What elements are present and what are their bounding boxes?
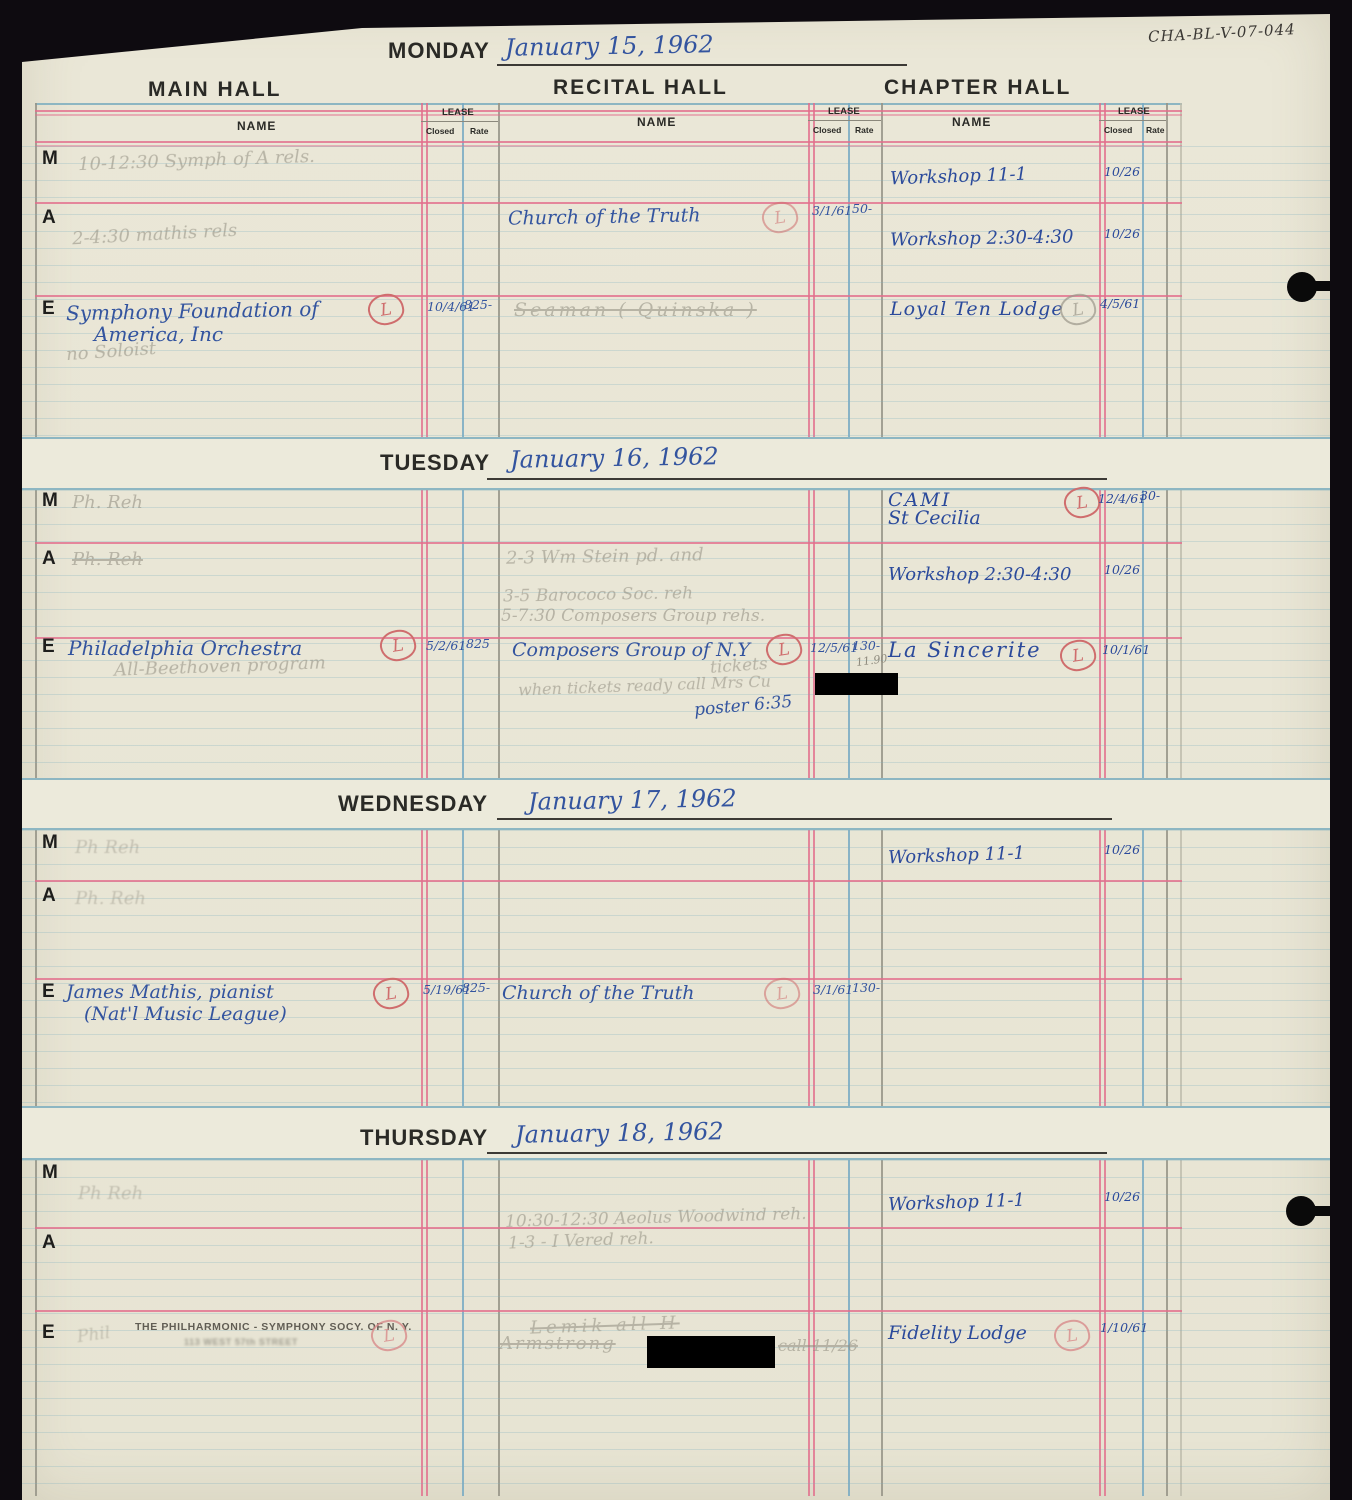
row-label-e: E <box>42 1322 55 1344</box>
col-rate-chapter: Rate <box>1146 125 1164 135</box>
ledger-paper: CHA-BL-V-07-044 MONDAY January 15, 1962 … <box>22 0 1330 1500</box>
philharmonic-stamp-line2: 113 WEST 57th STREET <box>184 1337 298 1347</box>
date-underline <box>487 1152 1107 1154</box>
day-date-monday: January 15, 1962 <box>505 30 714 62</box>
monday-rows <box>22 146 1330 437</box>
entry-tue-chapter-e: La Sincerite <box>888 638 1042 662</box>
row-label-m: M <box>42 490 58 512</box>
tue-chapter-m-closed: 12/4/61 <box>1098 491 1146 506</box>
row-label-m: M <box>42 1162 58 1184</box>
entry-wed-recital-e: Church of the Truth <box>502 982 695 1004</box>
hall-title-chapter: CHAPTER HALL <box>884 76 1071 100</box>
hole-punch <box>1286 1196 1316 1226</box>
entry-wed-main-e: James Mathis, pianist <box>66 981 274 1003</box>
wed-main-e-rate: 825- <box>462 980 490 995</box>
page-id: CHA-BL-V-07-044 <box>1148 20 1296 46</box>
row-divider <box>35 202 1182 204</box>
row-divider <box>35 1310 1182 1312</box>
row-divider <box>35 295 1182 297</box>
day-label-tuesday: TUESDAY <box>380 450 490 476</box>
entry-thu-chapter-e: Fidelity Lodge <box>888 1322 1027 1344</box>
entry-tue-chapter-m2: St Cecilia <box>888 507 981 529</box>
redaction-box <box>815 673 898 695</box>
row-label-e: E <box>42 298 55 320</box>
day-date-wednesday: January 17, 1962 <box>528 784 737 816</box>
entry-wed-main-a: Ph. Reh <box>75 888 146 909</box>
entry-tue-main-m: Ph. Reh <box>72 492 143 513</box>
lease-box-divider <box>808 120 881 121</box>
entry-mon-main-e: Symphony Foundation of <box>66 297 319 325</box>
row-divider <box>35 542 1182 544</box>
col-name-chapter: NAME <box>952 115 991 129</box>
row-label-e: E <box>42 981 55 1003</box>
date-underline <box>497 818 1112 820</box>
col-lease-chapter: LEASE <box>1118 106 1150 117</box>
col-lease-recital: LEASE <box>828 106 860 117</box>
col-name-main: NAME <box>237 119 276 133</box>
col-rate-main: Rate <box>470 126 488 136</box>
hall-title-recital: RECITAL HALL <box>553 76 728 100</box>
day-label-monday: MONDAY <box>388 38 490 64</box>
mon-recital-a-rate: 50- <box>852 201 872 216</box>
redaction-box <box>647 1336 775 1368</box>
day-date-tuesday: January 16, 1962 <box>510 442 719 474</box>
day-date-thursday: January 18, 1962 <box>515 1117 724 1149</box>
row-label-e: E <box>42 636 55 658</box>
mon-chapter-e-closed: 4/5/61 <box>1100 296 1140 311</box>
row-divider <box>35 978 1182 980</box>
tue-chapter-m-rate: 30- <box>1140 488 1160 503</box>
col-closed-chapter: Closed <box>1104 125 1132 135</box>
thu-chapter-m-closed: 10/26 <box>1104 1189 1140 1204</box>
wednesday-rows <box>22 830 1330 1106</box>
hole-punch <box>1287 272 1317 302</box>
col-rate-recital: Rate <box>855 125 873 135</box>
tue-chapter-a-closed: 10/26 <box>1104 562 1140 577</box>
day-label-thursday: THURSDAY <box>360 1125 488 1151</box>
entry-thu-recital-e2: Armstrong <box>500 1333 616 1354</box>
entry-wed-main-e2: (Nat'l Music League) <box>84 1003 287 1025</box>
mon-chapter-a-closed: 10/26 <box>1104 226 1140 241</box>
col-lease-main: LEASE <box>442 107 474 118</box>
mon-chapter-m-closed: 10/26 <box>1104 164 1140 179</box>
wed-recital-e-closed: 3/1/61 <box>813 982 853 997</box>
col-name-recital: NAME <box>637 115 676 129</box>
entry-tue-main-a: Ph. Reh <box>72 549 143 570</box>
col-closed-recital: Closed <box>813 125 841 135</box>
date-underline <box>487 478 1107 480</box>
entry-mon-chapter-e: Loyal Ten Lodge <box>890 298 1064 320</box>
tue-main-e-closed: 5/2/61 <box>426 638 466 653</box>
entry-tue-recital-a3: 5-7:30 Composers Group rehs. <box>501 606 765 626</box>
row-divider <box>35 880 1182 882</box>
header-rule <box>35 110 1182 112</box>
row-label-m: M <box>42 148 58 170</box>
hole-punch-stub <box>1314 281 1330 291</box>
entry-tue-chapter-a: Workshop 2:30-4:30 <box>888 564 1071 585</box>
wed-chapter-m-closed: 10/26 <box>1104 842 1140 857</box>
wed-recital-e-rate: 130- <box>852 980 880 995</box>
entry-thu-main-m: Ph Reh <box>78 1183 143 1204</box>
col-closed-main: Closed <box>426 126 454 136</box>
header-bottom-rule <box>35 141 1182 143</box>
row-label-a: A <box>42 885 56 907</box>
entry-mon-recital-a: Church of the Truth <box>508 204 701 229</box>
tue-recital-e-rate: 130- <box>852 638 880 653</box>
row-label-m: M <box>42 832 58 854</box>
entry-thu-recital-e2b: call 11/26 <box>778 1336 858 1355</box>
entry-tue-recital-a2: 3-5 Barococo Soc. reh <box>503 583 693 606</box>
thu-chapter-e-closed: 1/10/61 <box>1100 1320 1148 1335</box>
hole-punch-stub <box>1313 1206 1330 1216</box>
mon-recital-a-closed: 3/1/61 <box>812 203 852 218</box>
tue-recital-e-closed: 12/5/61 <box>810 640 858 655</box>
header-rule <box>35 114 1182 116</box>
tue-main-e-rate: 825 <box>466 636 490 651</box>
mon-main-e-rate: 825- <box>464 297 492 312</box>
row-label-a: A <box>42 548 56 570</box>
row-label-a: A <box>42 1232 56 1254</box>
tuesday-rows <box>22 490 1330 778</box>
row-label-a: A <box>42 207 56 229</box>
hall-title-main: MAIN HALL <box>148 78 281 102</box>
entry-wed-main-m: Ph Reh <box>75 837 140 858</box>
entry-mon-recital-e: Seaman ( Quinska ) <box>514 299 757 321</box>
scanned-ledger-page: CHA-BL-V-07-044 MONDAY January 15, 1962 … <box>0 0 1352 1500</box>
lease-box-divider <box>1099 120 1166 121</box>
entry-tue-recital-a1: 2-3 Wm Stein pd. and <box>506 544 704 568</box>
date-underline <box>497 64 907 66</box>
lease-box-divider <box>421 121 498 122</box>
day-label-wednesday: WEDNESDAY <box>338 791 488 817</box>
tue-chapter-e-closed: 10/1/61 <box>1102 642 1150 657</box>
entry-mon-chapter-a: Workshop 2:30-4:30 <box>890 226 1074 250</box>
